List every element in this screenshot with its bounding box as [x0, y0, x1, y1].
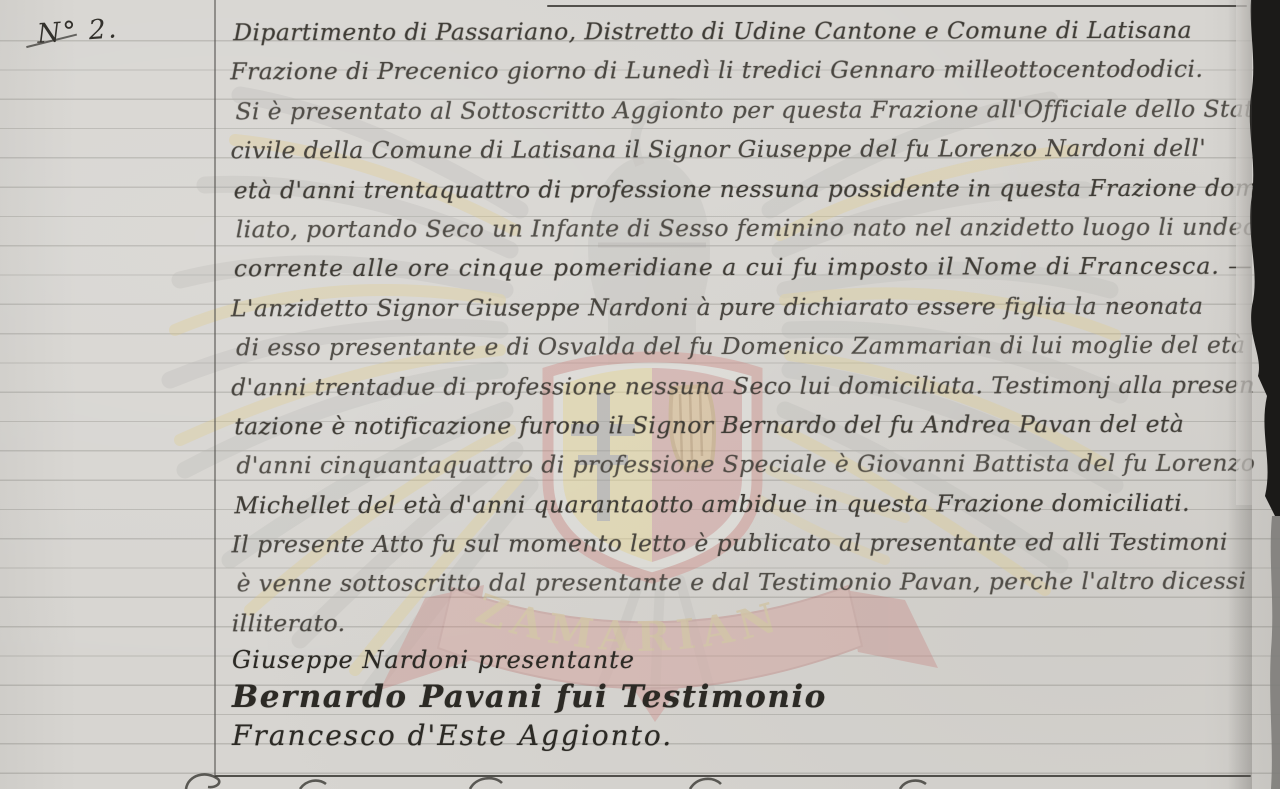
record-text-line: d'anni cinquantaquattro di professione S…	[230, 446, 1258, 488]
record-text-line: corrente alle ore cinque pomeridiane a c…	[228, 249, 1258, 291]
margin-rule-line	[214, 0, 216, 777]
record-text-line: Dipartimento di Passariano, Distretto di…	[227, 13, 1257, 55]
record-signatures: Giuseppe Nardoni presentanteBernardo Pav…	[232, 646, 827, 759]
record-text-line: età d'anni trentaquattro di professione …	[228, 170, 1258, 212]
record-text-line: liato, portando Seco un Infante di Sesso…	[230, 210, 1258, 252]
record-number-label: N° 2.	[36, 13, 119, 50]
record-text-line: di esso presentante e di Osvalda del fu …	[230, 328, 1258, 370]
record-text-line: d'anni trentadue di professione nessuna …	[225, 367, 1258, 409]
record-text-line: Si è presentato al Sottoscritto Aggionto…	[229, 91, 1257, 133]
record-text-line: è venne sottoscritto dal presentante e d…	[231, 564, 1259, 606]
signature-line: Bernardo Pavani fui Testimonio	[232, 679, 827, 719]
record-text-line: Il presente Atto fu sul momento letto è …	[226, 525, 1259, 567]
record-text-line: illiterato.	[226, 604, 1259, 646]
record-text-line: Frazione di Precenico giorno di Lunedì l…	[224, 52, 1257, 94]
record-text-line: Michellet del età d'anni quarantaotto am…	[228, 485, 1258, 527]
record-body-text: Dipartimento di Passariano, Distretto di…	[227, 13, 1259, 646]
record-text-line: civile della Comune di Latisana il Signo…	[224, 131, 1257, 173]
scanned-register-page: ZAMARIAN N° 2. Dipartimento di Passarian…	[0, 0, 1280, 789]
record-text-line: L'anzidetto Signor Giuseppe Nardoni à pu…	[225, 288, 1258, 330]
record-text-line: tazione è notificazione furono il Signor…	[228, 407, 1258, 449]
signature-line: Giuseppe Nardoni presentante	[232, 646, 827, 679]
signature-line: Francesco d'Este Aggionto.	[232, 719, 827, 759]
